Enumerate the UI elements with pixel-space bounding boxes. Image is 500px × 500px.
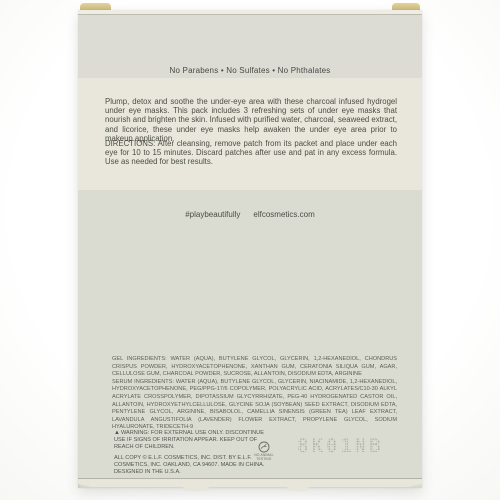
info-panel: #playbeautifullyelfcosmetics.com GEL ING… xyxy=(78,190,422,478)
website-text: elfcosmetics.com xyxy=(253,210,314,219)
warning-text: WARNING: FOR EXTERNAL USE ONLY. DISCONTI… xyxy=(114,430,264,450)
description-panel: Plump, detox and soothe the under-eye ar… xyxy=(78,78,422,190)
hashtag-text: #playbeautifully xyxy=(185,210,240,219)
directions-text: DIRECTIONS: After cleansing, remove patc… xyxy=(105,139,397,167)
copyright-text: ALL COPY © E.L.F. COSMETICS, INC. DIST. … xyxy=(114,455,269,476)
legal-row: ▲WARNING: FOR EXTERNAL USE ONLY. DISCONT… xyxy=(114,430,414,474)
box-top-panel: No Parabens • No Sulfates • No Phthalate… xyxy=(78,10,422,78)
batch-code-stamp: 8K01NB xyxy=(297,435,384,457)
claims-line: No Parabens • No Sulfates • No Phthalate… xyxy=(78,66,422,75)
product-box-back-panel: No Parabens • No Sulfates • No Phthalate… xyxy=(78,10,422,488)
product-photo: No Parabens • No Sulfates • No Phthalate… xyxy=(0,0,500,500)
serum-ingredients-text: SERUM INGREDIENTS: WATER (AQUA), BUTYLEN… xyxy=(112,379,397,432)
ingredients-block: GEL INGREDIENTS: WATER (AQUA), BUTYLENE … xyxy=(112,356,397,432)
no-animal-testing-label: NO ANIMAL TESTING xyxy=(250,454,278,462)
bunny-icon xyxy=(258,441,270,453)
social-line: #playbeautifullyelfcosmetics.com xyxy=(78,210,422,219)
legal-text-block: ▲WARNING: FOR EXTERNAL USE ONLY. DISCONT… xyxy=(114,430,269,476)
box-bottom-flap-edge xyxy=(78,478,422,491)
warning-line: ▲WARNING: FOR EXTERNAL USE ONLY. DISCONT… xyxy=(114,430,269,451)
warning-triangle-icon: ▲ xyxy=(114,430,120,436)
product-description: Plump, detox and soothe the under-eye ar… xyxy=(105,97,397,143)
gel-ingredients-text: GEL INGREDIENTS: WATER (AQUA), BUTYLENE … xyxy=(112,356,397,379)
no-animal-testing-logo: NO ANIMAL TESTING xyxy=(250,441,278,462)
